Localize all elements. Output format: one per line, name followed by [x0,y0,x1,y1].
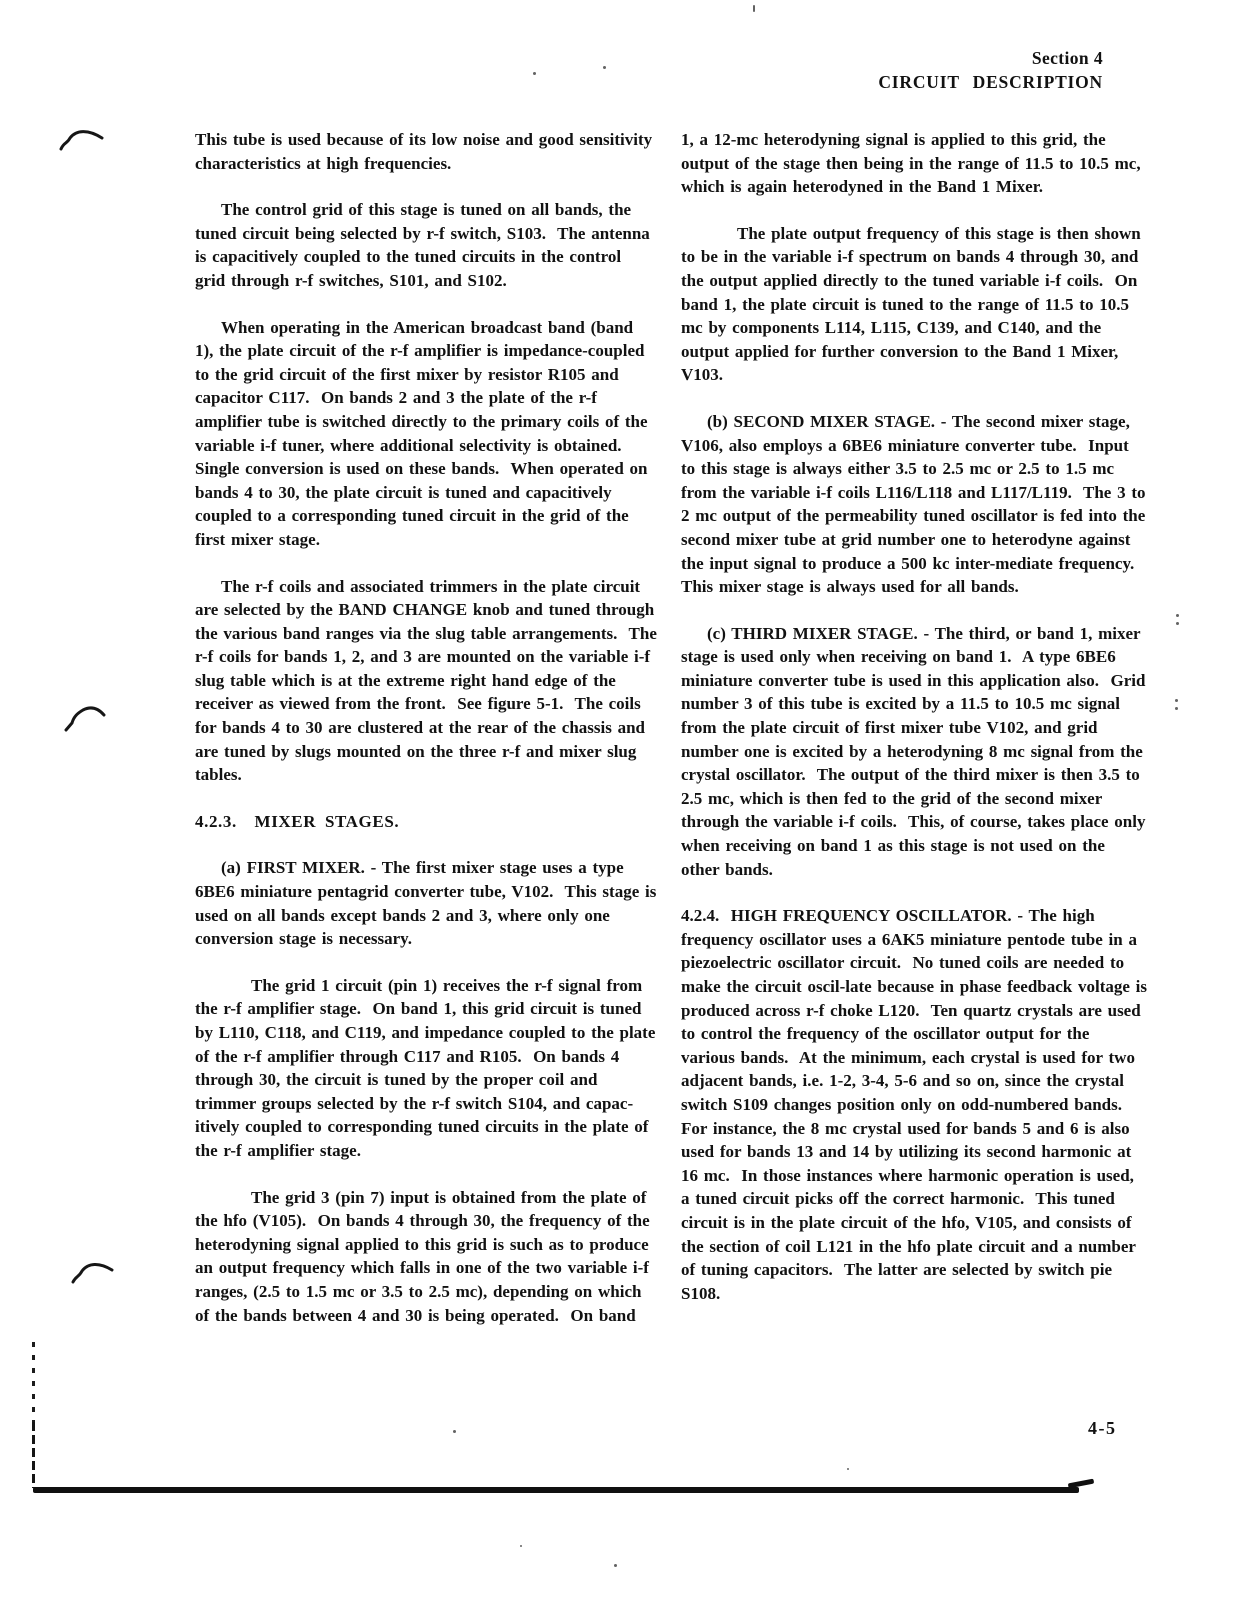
paragraph: The plate output frequency of this stage… [681,222,1147,387]
section-heading: 4.2.3. MIXER STAGES. [195,810,657,834]
left-column: This tube is used because of its low noi… [195,128,657,1350]
section-label: Section 4 [878,46,1103,70]
paragraph: 4.2.4. HIGH FREQUENCY OSCILLATOR. - The … [681,904,1147,1305]
margin-pen-mark-icon [64,702,110,734]
paragraph: (c) THIRD MIXER STAGE. - The third, or b… [681,622,1147,882]
scan-bottom-bar [33,1487,1079,1493]
paragraph: When operating in the American broadcast… [195,316,657,552]
paragraph: (b) SECOND MIXER STAGE. - The second mix… [681,410,1147,599]
scan-speck [1175,699,1178,702]
paragraph: This tube is used because of its low noi… [195,128,657,175]
margin-pen-mark-icon [58,126,106,156]
scan-speck [753,5,755,12]
scan-speck [1176,614,1179,617]
paragraph: The control grid of this stage is tuned … [195,198,657,292]
right-column: 1, a 12-mc heterodyning signal is applie… [681,128,1147,1328]
scan-edge-dashes [32,1342,35,1422]
margin-pen-mark-icon [70,1258,118,1288]
scan-bottom-bar-hook [1068,1479,1094,1489]
scan-speck [847,1468,849,1470]
scan-speck [520,1545,522,1547]
section-title: CIRCUIT DESCRIPTION [878,70,1103,94]
scan-speck [1176,622,1179,625]
scan-speck [533,72,536,75]
scan-speck [1175,707,1178,710]
scan-speck [453,1430,456,1433]
paragraph: The r-f coils and associated trimmers in… [195,575,657,787]
scan-speck [603,66,606,69]
page-number: 4-5 [1088,1418,1117,1439]
document-page: Section 4 CIRCUIT DESCRIPTION This tube … [0,0,1237,1600]
page-header: Section 4 CIRCUIT DESCRIPTION [878,46,1103,94]
scan-speck [614,1564,617,1567]
paragraph: 1, a 12-mc heterodyning signal is applie… [681,128,1147,199]
paragraph: The grid 1 circuit (pin 1) receives the … [195,974,657,1163]
paragraph: The grid 3 (pin 7) input is obtained fro… [195,1186,657,1328]
scan-edge-dashes [32,1422,35,1488]
paragraph: (a) FIRST MIXER. - The first mixer stage… [195,856,657,950]
